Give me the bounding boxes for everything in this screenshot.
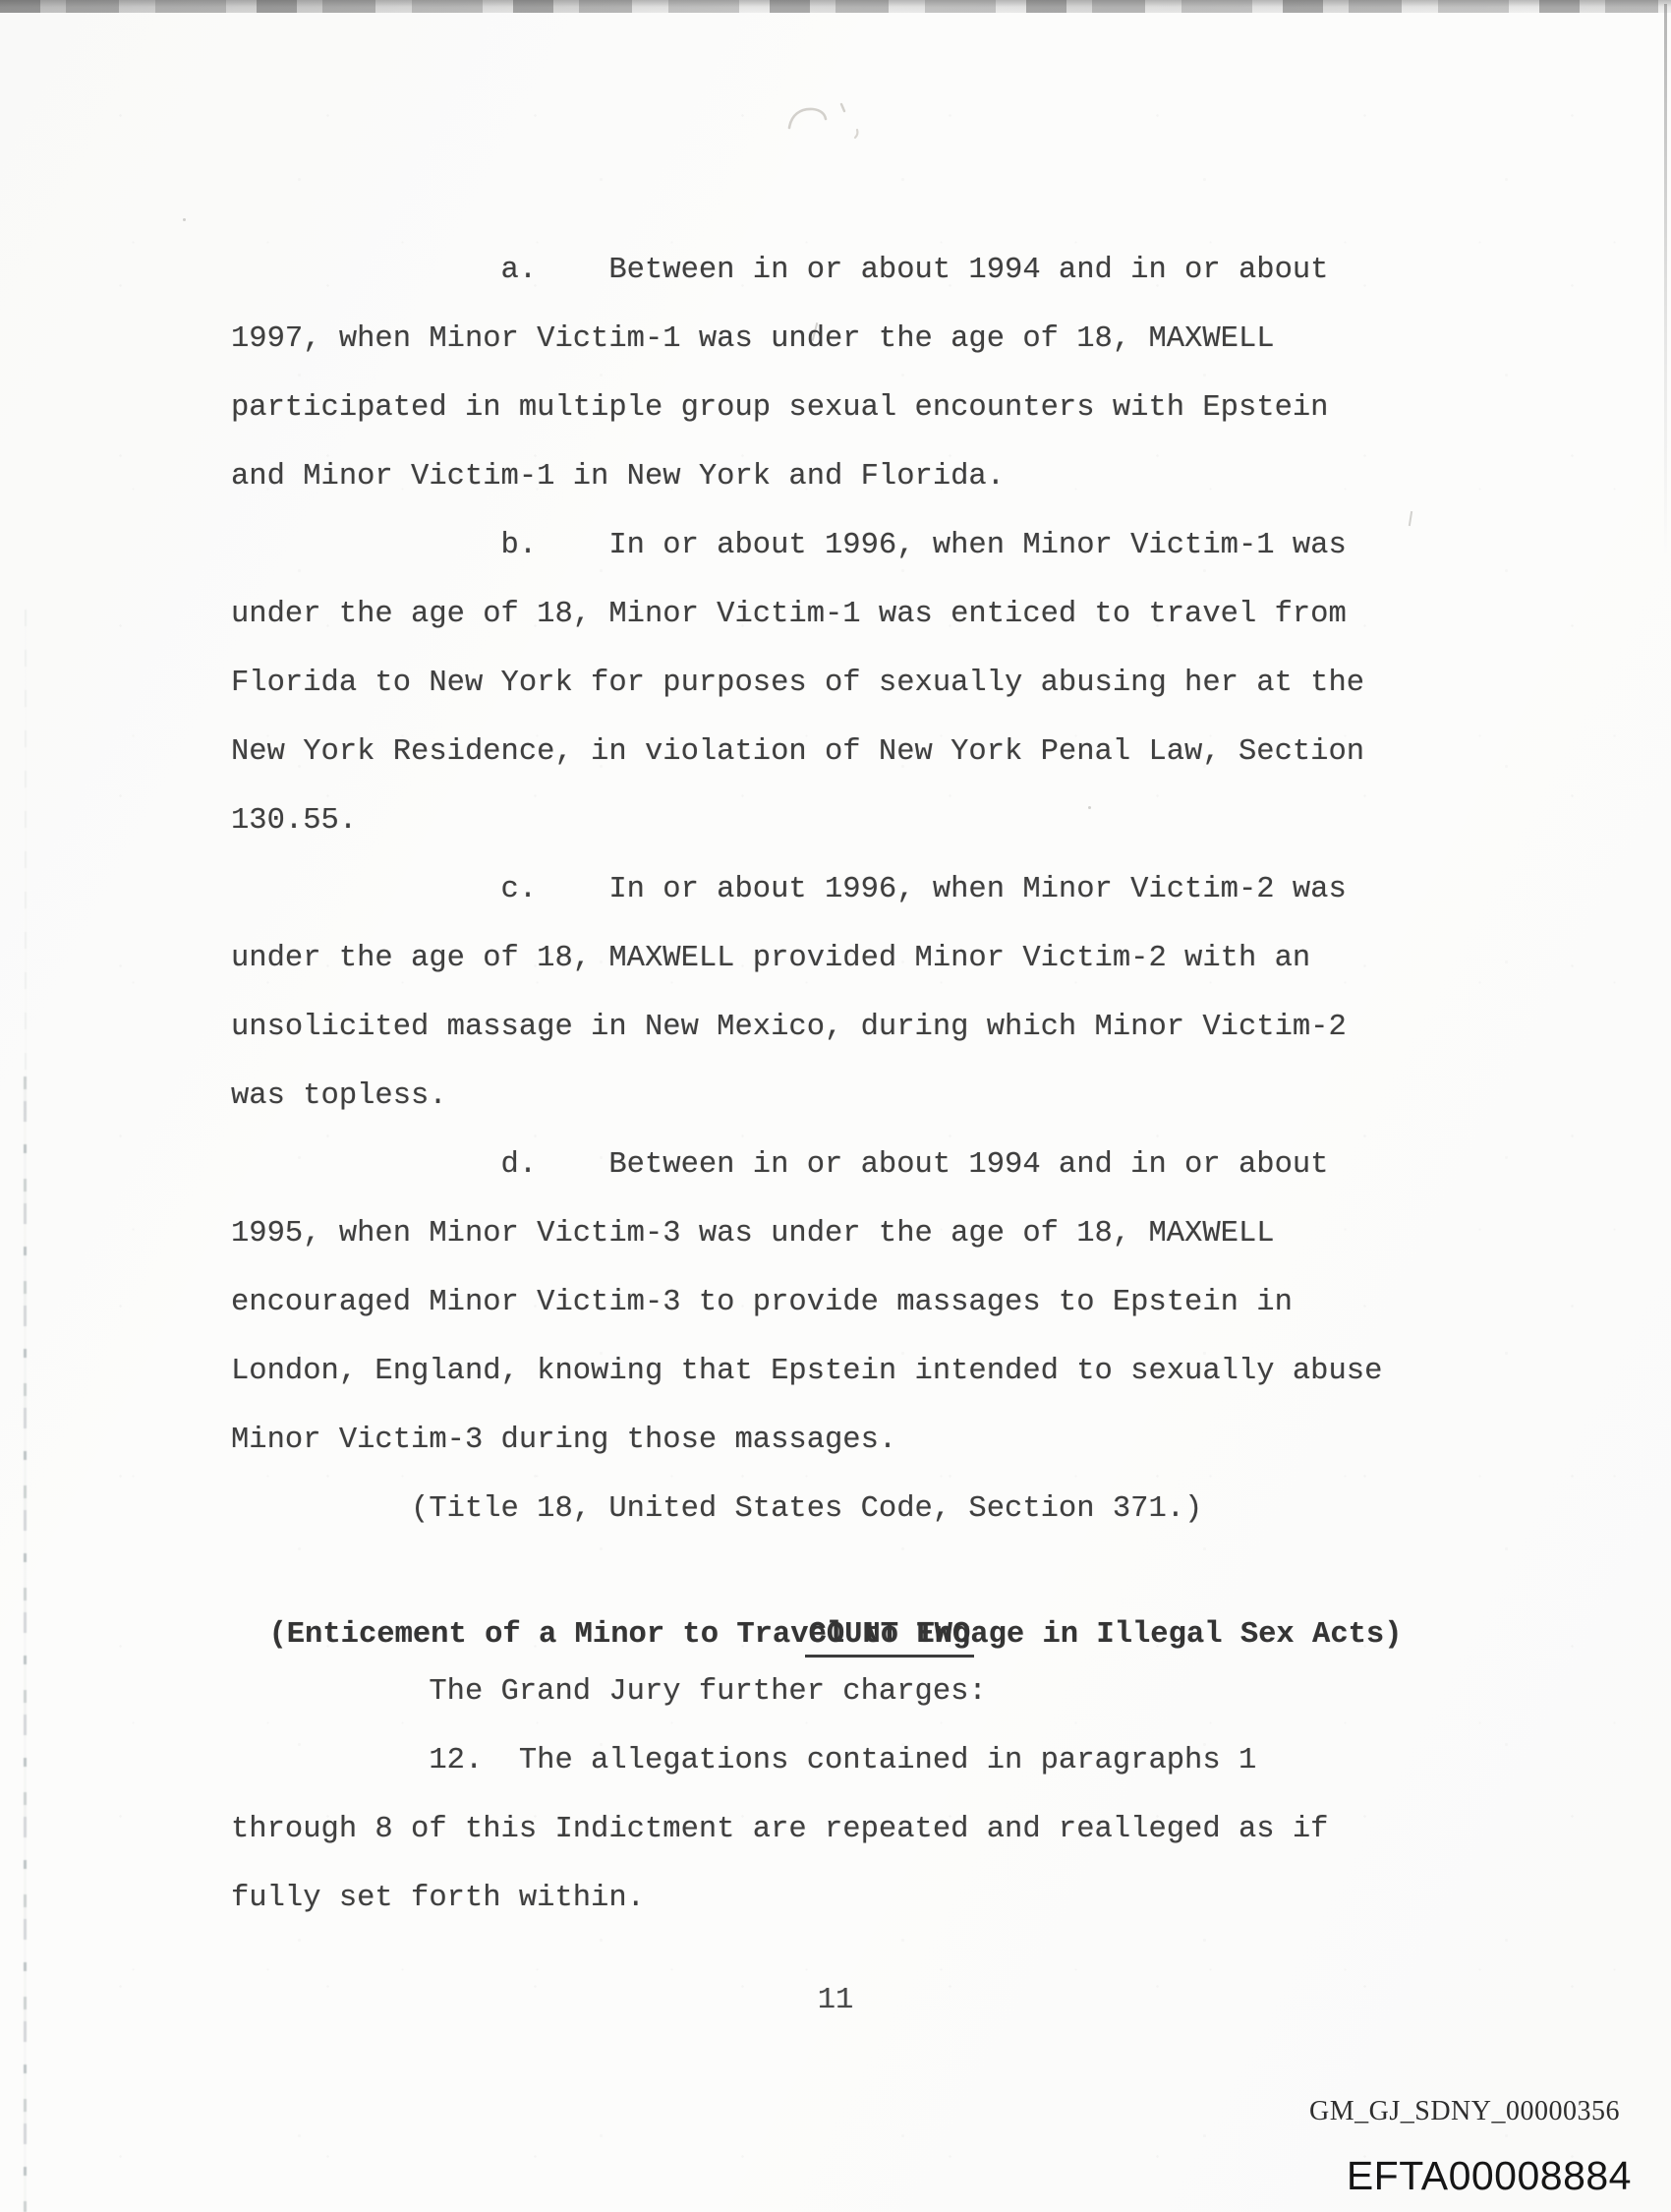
text-line-para-a-3: participated in multiple group sexual en… xyxy=(0,374,1671,442)
text-line-para-d-2: 1995, when Minor Victim-3 was under the … xyxy=(0,1199,1671,1268)
text-line-para-a-1: a. Between in or about 1994 and in or ab… xyxy=(0,236,1671,305)
text-line-para-a-2: 1997, when Minor Victim-1 was under the … xyxy=(0,305,1671,374)
text-line-para-b-1: b. In or about 1996, when Minor Victim-1… xyxy=(0,511,1671,580)
text-line-para-c-4: was topless. xyxy=(0,1062,1671,1131)
document-body: a. Between in or about 1994 and in or ab… xyxy=(0,0,1671,1933)
text-line-title18-citation: (Title 18, United States Code, Section 3… xyxy=(0,1475,1671,1543)
text-line-para-b-3: Florida to New York for purposes of sexu… xyxy=(0,649,1671,718)
text-line-para-d-4: London, England, knowing that Epstein in… xyxy=(0,1337,1671,1406)
count-two-heading: COUNT TWO xyxy=(0,1567,1671,1612)
text-line-para-c-2: under the age of 18, MAXWELL provided Mi… xyxy=(0,924,1671,993)
text-line-para-d-3: encouraged Minor Victim-3 to provide mas… xyxy=(0,1268,1671,1337)
bates-stamp-gm-gj-sdny: GM_GJ_SDNY_00000356 xyxy=(1309,2096,1620,2127)
text-line-para-b-5: 130.55. xyxy=(0,786,1671,855)
text-line-para-12-1: 12. The allegations contained in paragra… xyxy=(0,1726,1671,1795)
count-two-subheading: (Enticement of a Minor to Travel to Enga… xyxy=(0,1612,1671,1658)
text-line-para-c-3: unsolicited massage in New Mexico, durin… xyxy=(0,993,1671,1062)
text-line-para-c-1: c. In or about 1996, when Minor Victim-2… xyxy=(0,855,1671,924)
text-line-para-12-3: fully set forth within. xyxy=(0,1864,1671,1933)
text-line-para-b-2: under the age of 18, Minor Victim-1 was … xyxy=(0,580,1671,649)
text-line-para-a-4: and Minor Victim-1 in New York and Flori… xyxy=(0,442,1671,511)
bates-stamp-efta: EFTA00008884 xyxy=(1347,2153,1632,2199)
text-line-para-d-5: Minor Victim-3 during those massages. xyxy=(0,1406,1671,1475)
document-page: a. Between in or about 1994 and in or ab… xyxy=(0,0,1671,2212)
text-line-para-d-1: d. Between in or about 1994 and in or ab… xyxy=(0,1131,1671,1199)
text-line-grand-jury-charges: The Grand Jury further charges: xyxy=(0,1658,1671,1726)
page-number: 11 xyxy=(0,1966,1671,2035)
text-line-para-12-2: through 8 of this Indictment are repeate… xyxy=(0,1795,1671,1864)
text-line-para-b-4: New York Residence, in violation of New … xyxy=(0,718,1671,786)
